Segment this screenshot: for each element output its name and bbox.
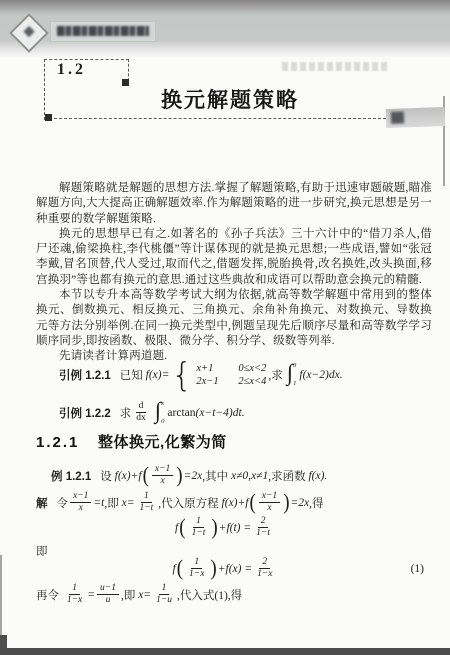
intro-text: 解题策略就是解题的思想方法.掌握了解题策略,有助于迅速审题破题,瞄准解题方向,大… — [36, 181, 432, 365]
numerator: x−1 — [70, 491, 91, 503]
case-cond: 2≤x<4 — [238, 376, 266, 387]
denominator: u — [103, 595, 114, 606]
math-expr: x= — [122, 497, 135, 509]
lead-example-1: 引例 1.2.1 已知 f(x)= { x+1 0≤x<2 2x−1 2≤x<4… — [59, 358, 343, 391]
case-expr: x+1 — [196, 363, 238, 374]
numerator: d — [136, 401, 147, 413]
text: 再令 — [36, 587, 62, 603]
equation: f ( 1 1−x ) +f(x) = 2 1−x (1) — [0, 557, 450, 581]
example-label: 引例 1.2.2 — [59, 405, 111, 421]
fraction: 1 1−u — [153, 583, 175, 607]
subsection-heading: 1.2.1 整体换元,化繁为简 — [36, 431, 227, 452]
numerator: 2 — [258, 516, 269, 528]
seek-text: ,求 — [268, 367, 282, 383]
left-paren-icon: ( — [177, 556, 183, 582]
math-expr: f(x)+f — [115, 470, 142, 482]
subsection-title: 整体换元,化繁为简 — [98, 434, 227, 451]
right-paren-icon: ) — [211, 515, 217, 541]
text: ,得 — [309, 495, 323, 511]
function-name: arctan — [167, 407, 195, 419]
denominator: 1−x — [254, 569, 275, 580]
math-expr: +f(x) = — [218, 563, 252, 575]
header-book-title-box — [50, 21, 156, 42]
denominator: dx — [133, 413, 149, 424]
numerator: x−1 — [259, 491, 280, 503]
page-number-badge — [386, 107, 446, 128]
fraction: 1 1−x — [186, 557, 207, 581]
function-expr: f(x)= — [146, 369, 170, 381]
fraction: 2 1−t — [253, 516, 273, 540]
text: ,代入式(1),得 — [177, 587, 242, 603]
integral-limits: x 0 — [161, 399, 164, 426]
text: 令 — [57, 495, 69, 511]
integrand: f(x−2)dx. — [299, 369, 342, 381]
subsection-number: 1.2.1 — [36, 434, 79, 451]
denominator: x — [157, 476, 167, 487]
numerator: 2 — [259, 557, 270, 569]
left-brace-icon: { — [171, 358, 192, 391]
footer-bar — [0, 648, 450, 655]
math-expr: f(x)+f — [222, 497, 249, 509]
equation: f ( 1 1−t ) +f(t) = 2 1−t — [0, 516, 450, 540]
faint-edition-note — [282, 62, 390, 71]
math-expr: f — [173, 563, 176, 575]
text: ,求函数 — [268, 468, 308, 484]
left-paren-icon: ( — [179, 515, 185, 541]
text: ,即 — [104, 495, 121, 511]
denominator: 1−x — [186, 569, 207, 580]
known-text: 已知 — [120, 367, 146, 383]
math-expr: f(x). — [308, 470, 327, 482]
upper-limit: x — [161, 401, 164, 408]
numerator: 1 — [193, 516, 204, 528]
fraction: x−1 x — [152, 464, 173, 488]
left-paren-icon: ( — [143, 463, 149, 489]
fraction: x−1 x — [70, 491, 91, 515]
right-paren-icon: ) — [176, 463, 182, 489]
lower-limit: 1 — [293, 381, 296, 388]
case-expr: 2x−1 — [196, 376, 238, 387]
section-number: 1.2 — [57, 61, 86, 79]
fraction: 1 1−x — [64, 583, 85, 607]
numerator: 1 — [69, 583, 80, 595]
text: ,其中 — [202, 468, 231, 484]
paragraph: 解题策略就是解题的思想方法.掌握了解题策略,有助于迅速审题破题,瞄准解题方向,大… — [36, 181, 432, 227]
piecewise-cases: { x+1 0≤x<2 2x−1 2≤x<4 — [171, 358, 266, 391]
scanned-book-page: 1.2 换元解题策略 解题策略就是解题的思想方法.掌握了解题策略,有助于迅速审题… — [0, 0, 450, 655]
corner-handle-icon — [45, 114, 52, 121]
math-expr: =2x — [291, 497, 310, 509]
page-edge-mark — [0, 635, 7, 649]
math-expr: x= — [138, 589, 151, 601]
denominator: x — [264, 503, 274, 514]
case-rows: x+1 0≤x<2 2x−1 2≤x<4 — [196, 363, 266, 387]
text: ,代入原方程 — [158, 495, 221, 511]
numerator: x−1 — [152, 464, 173, 476]
math-expr: +f(t) = — [219, 522, 251, 534]
equation-number: (1) — [411, 563, 424, 575]
denominator: 1−t — [253, 528, 273, 539]
math-expr: =t — [93, 497, 104, 509]
integrand: (x−t−4)dt. — [196, 407, 245, 419]
numerator: 1 — [159, 583, 170, 595]
example-label: 例 1.2.1 — [51, 468, 91, 484]
page-title: 换元解题策略 — [115, 84, 345, 114]
case-row: 2x−1 2≤x<4 — [196, 376, 266, 387]
lower-limit: 0 — [161, 419, 164, 426]
paragraph: 换元的思想早已有之.如著名的《孙子兵法》三十六计中的“借刀杀人,借尸还魂,偷梁换… — [36, 227, 432, 288]
fraction: 1 1−t — [189, 516, 209, 540]
fraction: u−1 u — [97, 583, 119, 607]
solution-step-2: 再令 1 1−x = u−1 u ,即 x= 1 1−u ,代入式(1),得 — [36, 583, 242, 607]
upper-limit: 3 — [293, 363, 296, 370]
numerator: u−1 — [97, 583, 119, 595]
example-label: 引例 1.2.1 — [59, 367, 111, 383]
blurred-book-title — [57, 26, 149, 36]
right-paren-icon: ) — [283, 490, 289, 516]
paragraph: 本节以专升本高等数学考试大纲为依据,就高等数学解题中常用到的整体换元、倒数换元、… — [36, 288, 432, 349]
text: 设 — [100, 468, 114, 484]
numerator: 1 — [141, 491, 152, 503]
fraction: x−1 x — [259, 491, 280, 515]
fraction: d dx — [133, 401, 149, 425]
lead-example-2: 引例 1.2.2 求 d dx ∫ x 0 arctan (x−t−4)dt. — [59, 399, 245, 426]
fraction: 1 1−t — [136, 491, 156, 515]
integral: ∫ 3 1 — [287, 361, 297, 388]
denominator: x — [76, 503, 86, 514]
denominator: 1−t — [136, 503, 156, 514]
text: ,即 — [121, 587, 138, 603]
fraction: 2 1−x — [254, 557, 275, 581]
example-statement: 例 1.2.1 设 f(x)+f ( x−1 x ) =2x ,其中 x≠0,x… — [51, 464, 327, 488]
case-cond: 0≤x<2 — [238, 363, 266, 374]
solution-step-1: 解 令 x−1 x =t ,即 x= 1 1−t ,代入原方程 f(x)+f (… — [36, 491, 324, 515]
denominator: 1−u — [153, 595, 175, 606]
left-paren-icon: ( — [249, 490, 255, 516]
seek-text: 求 — [120, 405, 132, 421]
math-expr: f — [175, 522, 178, 534]
denominator: 1−t — [189, 528, 209, 539]
math-expr: = — [87, 589, 95, 601]
denominator: 1−x — [64, 595, 85, 606]
integral: ∫ x 0 — [155, 399, 165, 426]
math-expr: x≠0,x≠1 — [231, 470, 268, 482]
section-dashed-rule — [44, 118, 386, 119]
math-expr: =2x — [184, 470, 203, 482]
solution-label: 解 — [36, 495, 48, 511]
right-paren-icon: ) — [210, 556, 216, 582]
integral-limits: 3 1 — [293, 361, 296, 388]
case-row: x+1 0≤x<2 — [196, 363, 266, 374]
numerator: 1 — [191, 557, 202, 569]
